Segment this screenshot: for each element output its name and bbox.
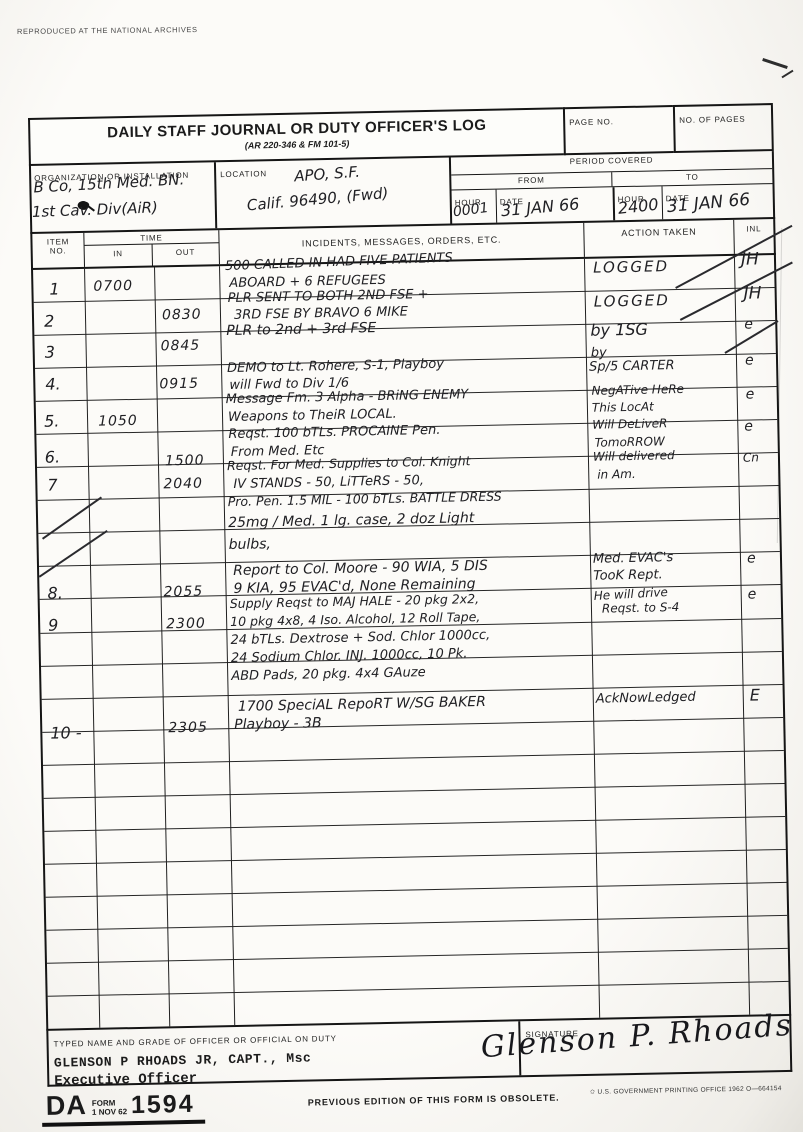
entry-item-no: 5. — [44, 413, 60, 429]
scanned-document-page: REPRODUCED AT THE NATIONAL ARCHIVES DAIL… — [0, 0, 803, 1132]
entry-time-out: 0845 — [160, 339, 200, 354]
organization-cell: ORGANIZATION OR INSTALLATION B Co, 15th … — [31, 162, 217, 232]
col-header-out: OUT — [152, 243, 219, 265]
scan-artifact — [781, 70, 793, 79]
location-value-line1: APO, S.F. — [294, 165, 361, 185]
da-label: DA — [46, 1090, 88, 1122]
obsolete-notice: PREVIOUS EDITION OF THIS FORM IS OBSOLET… — [308, 1093, 560, 1108]
entry-item-no: 7 — [47, 477, 58, 493]
location-cell: LOCATION APO, S.F. Calif. 96490, (Fwd) — [216, 158, 452, 229]
entry-action: Reqst. to S-4 — [602, 601, 680, 615]
entry-item-no: 9 — [48, 617, 59, 633]
entry-initials: E — [750, 687, 760, 703]
entry-text: Weapons to TheiR LOCAL. — [228, 408, 397, 424]
to-date-value: 31 JAN 66 — [666, 192, 751, 216]
entry-text: bulbs, — [228, 537, 271, 552]
from-date-cell: DATE 31 JAN 66 — [497, 187, 616, 222]
hour-date-cells: HOUR 0001 DATE 31 JAN 66 HOUR 2400 DATE … — [452, 184, 774, 223]
entry-item-no: 10 - — [50, 725, 82, 742]
signature-cell: SIGNATURE Glenson P. Rhoads — [520, 1016, 790, 1075]
page-no-label: PAGE NO. — [569, 117, 614, 127]
period-covered-cell: PERIOD COVERED FROM TO HOUR 0001 DATE 31… — [451, 151, 773, 223]
entry-text: DEMO to Lt. Rohere, S-1, Playboy — [227, 358, 444, 375]
typed-name-cell: TYPED NAME AND GRADE OF OFFICER OR OFFIC… — [48, 1021, 521, 1084]
entry-item-no: 4. — [45, 376, 61, 392]
entry-action: AckNowLedged — [596, 691, 696, 706]
from-hour-value: 0001 — [452, 201, 489, 219]
entry-time-out: 2305 — [168, 721, 208, 736]
col-header-item: ITEM NO. — [32, 233, 85, 268]
entry-initials: e — [745, 353, 754, 367]
col-header-action: ACTION TAKEN — [584, 220, 735, 257]
entry-text: PLR to 2nd + 3rd FSE — [226, 321, 376, 338]
entry-action: NegATive HeRe — [591, 383, 684, 397]
entry-text: Supply Reqst to MAJ HALE - 20 pkg 2x2, — [230, 593, 479, 611]
entry-time-in: 0700 — [93, 279, 133, 294]
entry-time-out: 2300 — [166, 617, 206, 632]
entry-initials: Cn — [743, 451, 759, 463]
to-date-cell: DATE 31 JAN 66 — [662, 184, 773, 219]
entry-text: Pro. Pen. 1.5 MIL - 100 bTLs. BATTLE DRE… — [228, 491, 502, 509]
entry-initials: JH — [744, 285, 762, 302]
entry-initials: JH — [741, 251, 759, 268]
entry-initials: e — [747, 551, 756, 565]
entry-item-no: 2 — [44, 314, 55, 330]
entry-action: Med. EVAC's — [593, 551, 674, 566]
no-of-pages-cell: NO. OF PAGES — [673, 103, 774, 153]
gpo-notice: ✩ U.S. GOVERNMENT PRINTING OFFICE 1962 O… — [590, 1084, 782, 1096]
entry-time-out: 2055 — [163, 585, 203, 600]
organization-value-line2: 1st Cav. Div(AiR) — [32, 200, 158, 220]
item-cell-slash — [39, 530, 108, 577]
entry-action: in Am. — [597, 468, 636, 481]
no-of-pages-label: NO. OF PAGES — [679, 115, 746, 125]
entry-time-out: 1500 — [165, 454, 205, 469]
entry-initials: e — [744, 420, 753, 434]
entry-time-out: 2040 — [163, 477, 203, 492]
entry-text: Reqst. For Med. Supplies to Col. Knight — [227, 455, 471, 472]
location-label: LOCATION — [220, 169, 267, 179]
entry-time-out: 0915 — [159, 377, 199, 392]
archives-watermark: REPRODUCED AT THE NATIONAL ARCHIVES — [17, 25, 198, 36]
entry-item-no: 3 — [45, 345, 56, 361]
entry-text: Message Fm. 3 Alpha - BRiNG ENEMY — [226, 388, 469, 406]
entry-text: ABD Pads, 20 pkg. 4x4 GAuze — [231, 666, 426, 683]
entry-action: This LocAt — [592, 400, 654, 413]
entry-action: LOGGED — [593, 259, 669, 276]
entry-text: 1700 SpeciAL RepoRT W/SG BAKER — [238, 695, 486, 714]
entry-action: by 1SG — [590, 322, 648, 339]
entry-item-no: 6. — [45, 449, 61, 465]
entry-action: LOGGED — [594, 293, 670, 310]
location-value-line2: Calif. 96490, (Fwd) — [246, 186, 389, 214]
typed-name-label: TYPED NAME AND GRADE OF OFFICER OR OFFIC… — [54, 1034, 337, 1049]
entry-initials: e — [744, 317, 753, 331]
from-date-value: 31 JAN 66 — [500, 196, 580, 219]
inl-slash — [680, 262, 793, 321]
entry-time-out: 0830 — [162, 308, 202, 323]
col-header-in: IN — [85, 245, 153, 267]
from-hour-cell: HOUR 0001 — [452, 190, 498, 224]
form-edition: FORM 1 NOV 62 — [92, 1100, 127, 1118]
entry-text: PLR SENT TO BOTH 2ND FSE + — [228, 288, 429, 305]
entry-initials: e — [748, 587, 757, 601]
entry-text: 3RD FSE BY BRAVO 6 MIKE — [234, 305, 408, 321]
handwritten-entries: 1 0700 500 CALLED IN HAD FIVE PATIENTS A… — [33, 255, 789, 1029]
entry-action: Will delivered — [593, 449, 675, 463]
entry-initials: e — [746, 387, 755, 401]
entry-text: 25mg / Med. 1 lg. case, 2 doz Light — [228, 511, 474, 530]
entry-item-no: 8. — [47, 585, 63, 601]
col-header-time: TIME IN OUT — [84, 230, 220, 267]
to-hour-cell: HOUR 2400 — [615, 186, 664, 220]
entry-text: Playboy - 3B — [234, 716, 322, 732]
entry-action: Will DeLiveR — [592, 417, 667, 431]
da-form-1594: DAILY STAFF JOURNAL OR DUTY OFFICER'S LO… — [28, 103, 793, 1132]
entry-text: 10 pkg 4x8, 4 Iso. Alcohol, 12 Roll Tape… — [230, 611, 480, 629]
form-number: 1594 — [131, 1090, 195, 1120]
entry-text: Report to Col. Moore - 90 WIA, 5 DIS — [233, 559, 488, 578]
page-no-cell: PAGE NO. — [563, 105, 674, 155]
entry-action: TooK Rept. — [593, 568, 663, 582]
log-table-body: 1 0700 500 CALLED IN HAD FIVE PATIENTS A… — [31, 255, 791, 1031]
page-no-value — [569, 128, 669, 130]
entry-text: 24 bTLs. Dextrose + Sod. Chlor 1000cc, — [230, 629, 490, 647]
entry-text: 24 Sodium Chlor. INJ. 1000cc, 10 Pk. — [231, 647, 468, 665]
scan-artifact — [762, 58, 788, 69]
item-cell-slash — [42, 496, 102, 539]
form-number-block: DA FORM 1 NOV 62 1594 — [42, 1088, 205, 1127]
no-of-pages-value — [679, 126, 767, 128]
to-hour-value: 2400 — [617, 197, 659, 217]
entry-time-in: 1050 — [98, 414, 138, 429]
entry-text: Reqst. 100 bTLs. PROCAINE Pen. — [228, 424, 440, 441]
entry-action: by — [591, 346, 607, 359]
entry-text: IV STANDS - 50, LiTTeRS - 50, — [233, 474, 424, 491]
entry-item-no: 1 — [49, 281, 60, 297]
entry-action: Sp/5 CARTER — [589, 359, 675, 374]
entry-action: TomoRROW — [595, 435, 665, 448]
